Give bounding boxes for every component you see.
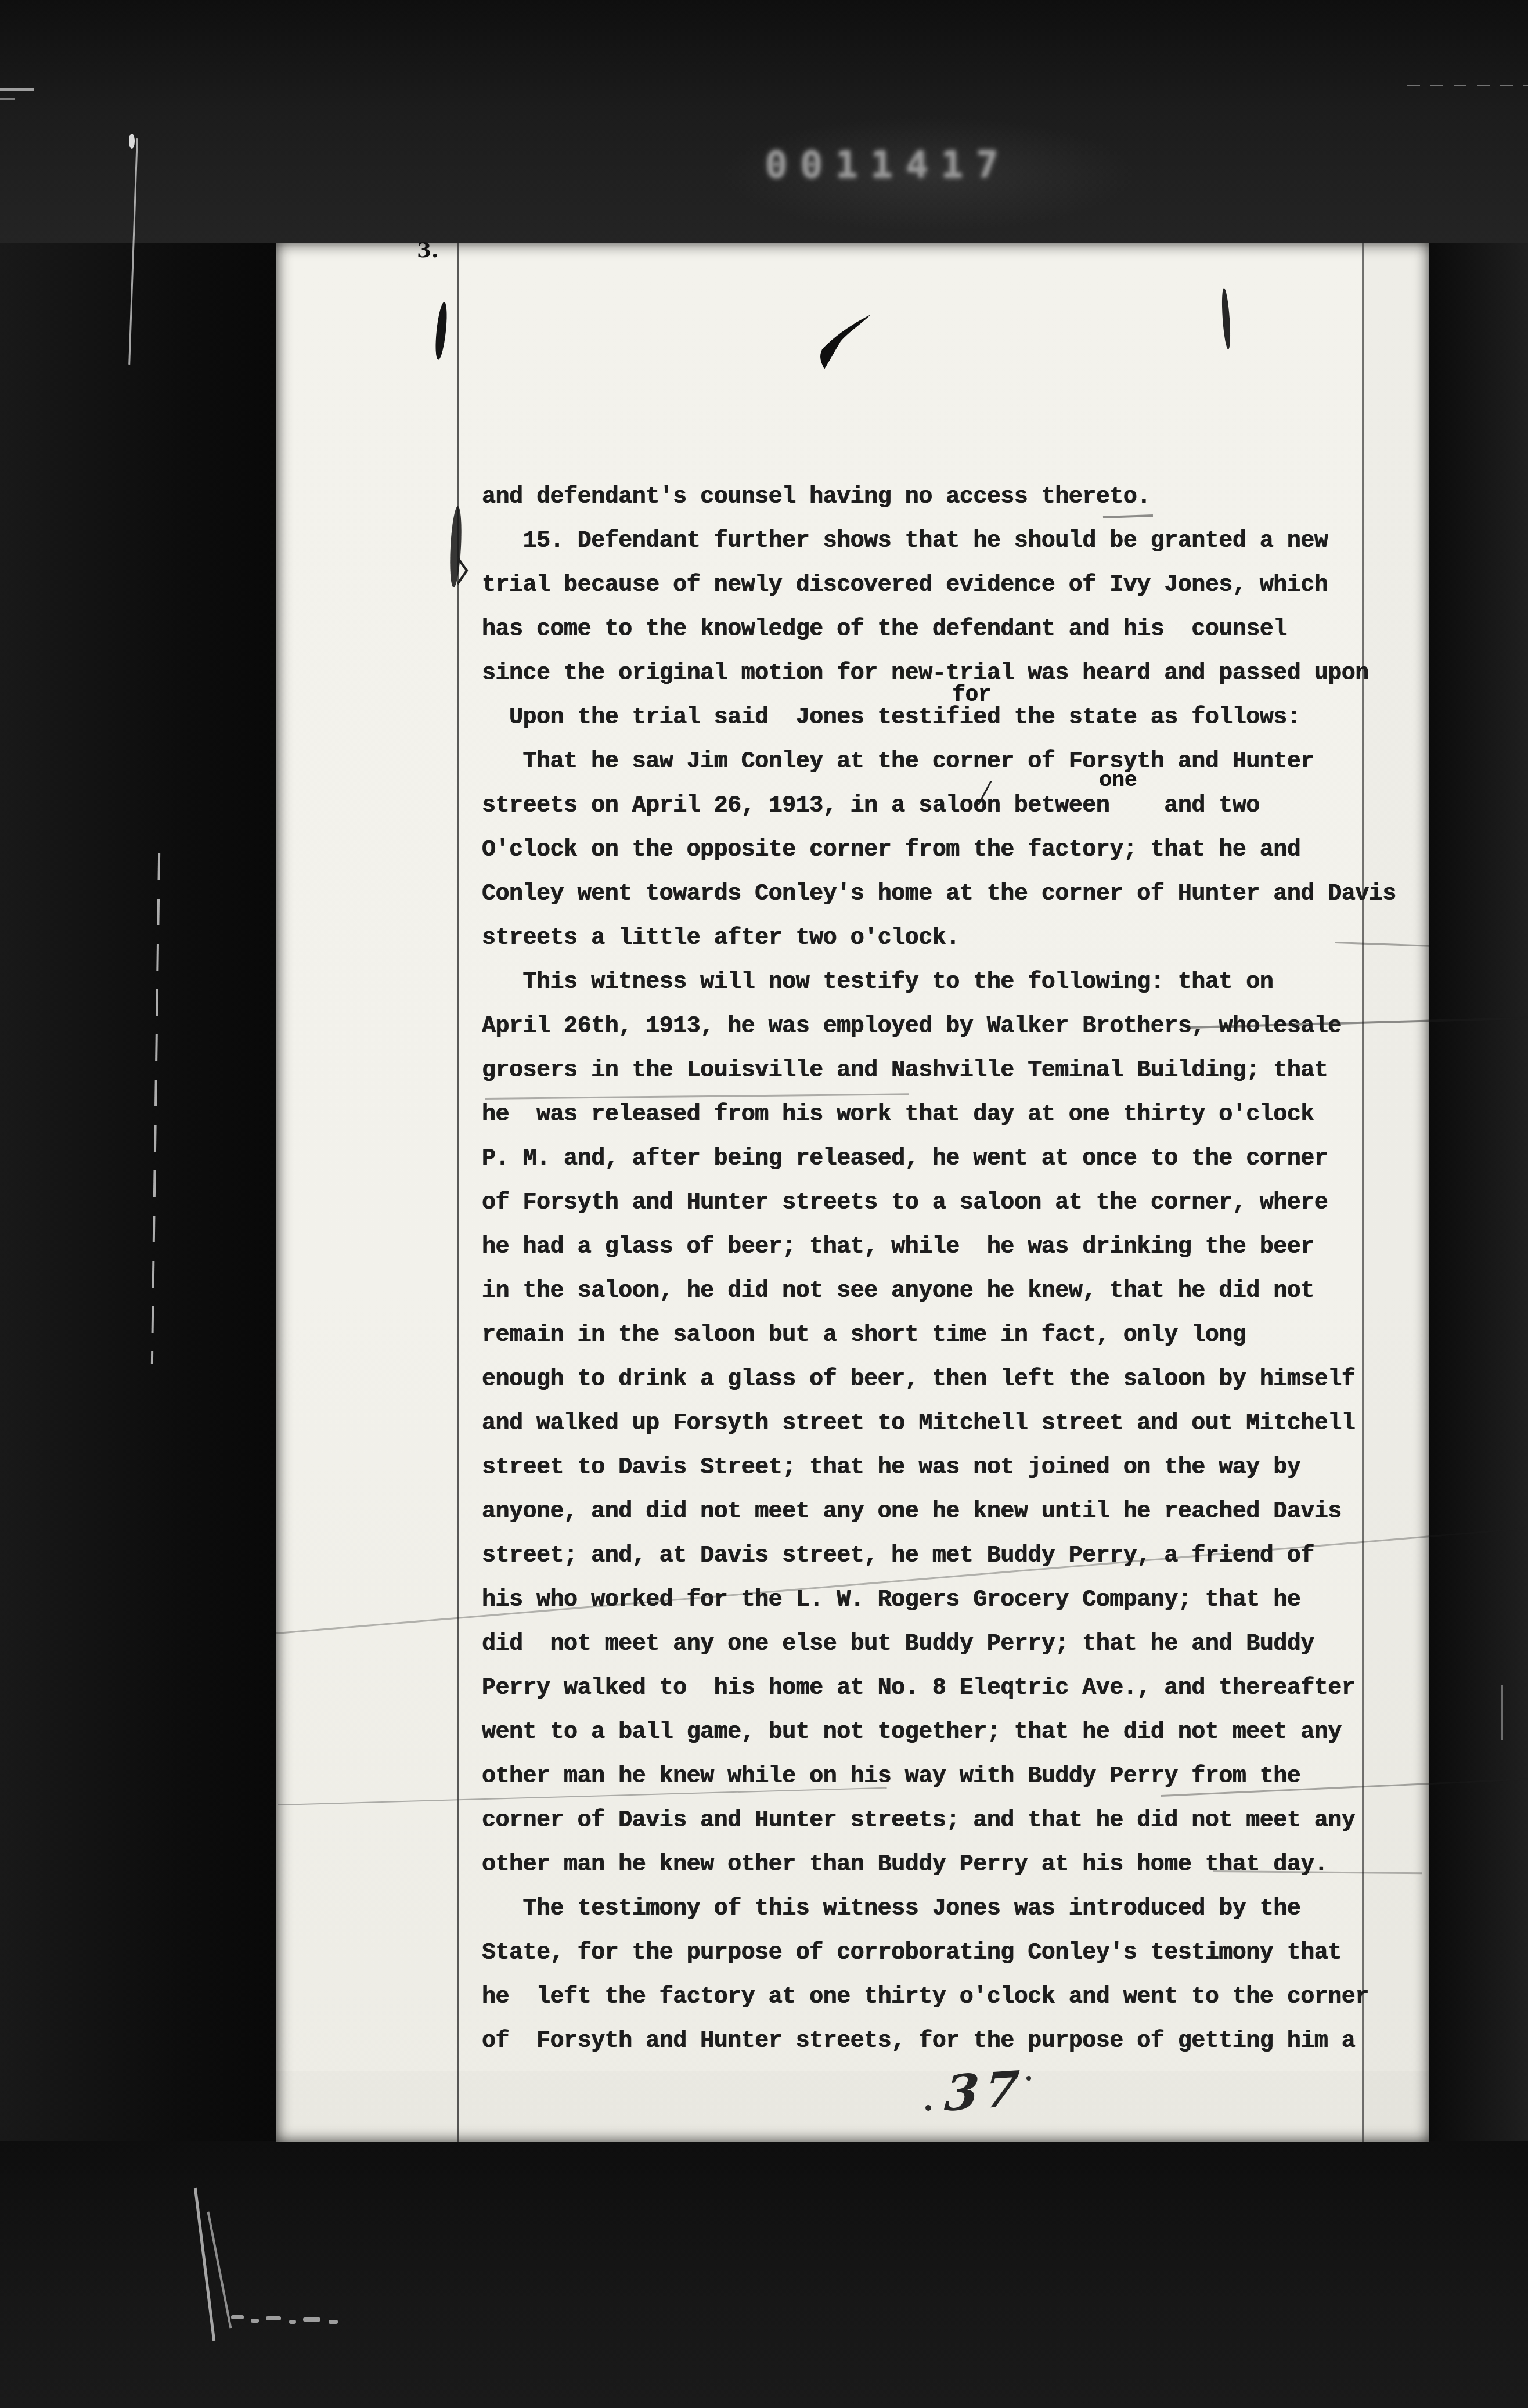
- text-line: he was released from his work that day a…: [482, 1093, 1434, 1137]
- text-line: other man he knew while on his way with …: [482, 1755, 1434, 1799]
- text-line: This witness will now testify to the fol…: [482, 961, 1434, 1005]
- film-speck: [303, 2317, 320, 2322]
- top-margin-mark: 3.: [417, 238, 439, 262]
- text-line: Perry walked to his home at No. 8 Eleqtr…: [482, 1667, 1434, 1711]
- text-line: did not meet any one else but Buddy Perr…: [482, 1623, 1434, 1667]
- text-line: O'clock on the opposite corner from the …: [482, 828, 1434, 873]
- film-speck: [231, 2315, 244, 2319]
- text-line: street to Davis Street; that he was not …: [482, 1446, 1434, 1490]
- text-line: in the saloon, he did not see anyone he …: [482, 1270, 1434, 1314]
- film-band-bottom: [0, 2141, 1528, 2408]
- film-speck: [251, 2319, 259, 2323]
- insertion-caret-icon: [456, 556, 469, 585]
- typewritten-text: and defendant's counsel having no access…: [482, 475, 1434, 2064]
- text-line: went to a ball game, but not together; t…: [482, 1711, 1434, 1755]
- text-line: P. M. and, after being released, he went…: [482, 1137, 1434, 1181]
- film-speck: [266, 2316, 281, 2320]
- text-line: The testimony of this witness Jones was …: [482, 1887, 1434, 1931]
- left-pen-tick-icon: [434, 301, 449, 360]
- page-shading: [276, 2071, 1429, 2142]
- text-line: has come to the knowledge of the defenda…: [482, 608, 1434, 652]
- film-speck: [289, 2320, 296, 2324]
- ink-dot: [1026, 2076, 1031, 2081]
- text-line: April 26th, 1913, he was employed by Wal…: [482, 1005, 1434, 1049]
- film-band-right: [1428, 243, 1528, 2143]
- text-line: Conley went towards Conley's home at the…: [482, 873, 1434, 917]
- text-line: streets a little after two o'clock.: [482, 917, 1434, 961]
- film-background: 0011417 and defendant's counsel having n…: [0, 0, 1528, 2408]
- right-pen-tick-icon: [1220, 288, 1231, 350]
- text-line: enough to drink a glass of beer, then le…: [482, 1358, 1434, 1402]
- film-scratch: [129, 134, 135, 149]
- microfilm-frame: 0011417 and defendant's counsel having n…: [0, 0, 1528, 2408]
- film-edge-mark: [1407, 85, 1528, 86]
- text-line: corner of Davis and Hunter streets; and …: [482, 1799, 1434, 1843]
- film-edge-mark: [0, 98, 15, 100]
- ink-dot: [925, 2105, 931, 2111]
- text-line: and walked up Forsyth street to Mitchell…: [482, 1402, 1434, 1446]
- text-line: anyone, and did not meet any one he knew…: [482, 1490, 1434, 1534]
- text-line: That he saw Jim Conley at the corner of …: [482, 740, 1434, 784]
- text-line: trial because of newly discovered eviden…: [482, 564, 1434, 608]
- text-line: grosers in the Louisville and Nashville …: [482, 1049, 1434, 1093]
- film-frame-stamp: 0011417: [765, 144, 1011, 187]
- handwritten-page-number: 37: [943, 2059, 1027, 2122]
- film-scratch: [1501, 1685, 1503, 1740]
- text-line: street; and, at Davis street, he met Bud…: [482, 1534, 1434, 1578]
- film-speck: [329, 2320, 338, 2324]
- inserted-word-for: for: [952, 683, 991, 708]
- text-line: he had a glass of beer; that, while he w…: [482, 1225, 1434, 1270]
- inserted-word-one: one: [1099, 769, 1137, 793]
- document-page: and defendant's counsel having no access…: [276, 243, 1429, 2142]
- film-band-left: [0, 243, 278, 2143]
- text-line: and defendant's counsel having no access…: [482, 475, 1434, 520]
- text-line: he left the factory at one thirty o'cloc…: [482, 1976, 1434, 2020]
- text-line: other man he knew other than Buddy Perry…: [482, 1843, 1434, 1887]
- film-edge-mark: [0, 88, 34, 91]
- text-line: his who worked for the L. W. Rogers Groc…: [482, 1578, 1434, 1623]
- text-line: State, for the purpose of corroborating …: [482, 1931, 1434, 1976]
- text-line: streets on April 26, 1913, in a saloon b…: [482, 784, 1434, 828]
- text-line: remain in the saloon but a short time in…: [482, 1314, 1434, 1358]
- text-line: of Forsyth and Hunter streets, for the p…: [482, 2020, 1434, 2064]
- arrow-ink-blot-icon: [817, 313, 875, 378]
- text-line: of Forsyth and Hunter streets to a saloo…: [482, 1181, 1434, 1225]
- text-line: 15. Defendant further shows that he shou…: [482, 520, 1434, 564]
